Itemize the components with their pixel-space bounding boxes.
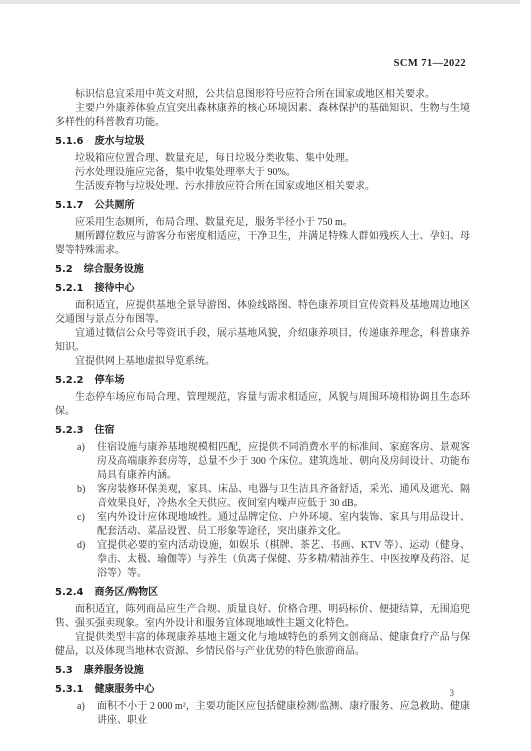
- list-marker: a): [77, 700, 85, 714]
- list-item-text: 宜提供必要的室内活动设施，如娱乐（棋牌、茶艺、书画、KTV 等）、运动（健身、拳…: [97, 540, 470, 579]
- scan-edge-artifact: [0, 0, 520, 4]
- page-number: 3: [450, 688, 455, 698]
- document-page: SCM 71—2022 标识信息宜采用中英文对照，公共信息图形符号应符合所在国家…: [0, 0, 531, 751]
- clause-number: 5.3.1: [55, 684, 83, 695]
- clause-title: 商务区/购物区: [94, 587, 158, 598]
- heading-5-2-4: 5.2.4商务区/购物区: [55, 586, 470, 600]
- paragraph: 主要户外康养体验点宜突出森林康养的核心环境因素、森林保护的基础知识、生物与生境多…: [55, 102, 470, 130]
- paragraph: 应采用生态厕所，布局合理、数量充足，服务半径小于 750 m。: [55, 216, 470, 230]
- list-marker: c): [77, 511, 85, 525]
- standard-number-header: SCM 71—2022: [394, 58, 466, 69]
- heading-5-2-1: 5.2.1接待中心: [55, 282, 470, 296]
- heading-5-1-6: 5.1.6废水与垃圾: [55, 135, 470, 149]
- clause-title: 住宿: [94, 425, 114, 436]
- paragraph: 宜通过微信公众号等资讯手段，展示基地风貌，介绍康养项目，传递康养理念，科普康养知…: [55, 327, 470, 355]
- heading-5-3: 5.3康养服务设施: [55, 664, 470, 678]
- list-marker: d): [77, 539, 85, 553]
- paragraph: 生活废弃物与垃圾处理、污水排放应符合所在国家或地区相关要求。: [55, 180, 470, 194]
- list-marker: b): [77, 483, 85, 497]
- clause-title: 综合服务设施: [84, 264, 144, 275]
- clause-number: 5.2.2: [55, 375, 83, 386]
- paragraph: 污水处理设施应完备，集中收集处理率大于 90%。: [55, 166, 470, 180]
- heading-5-2-3: 5.2.3住宿: [55, 424, 470, 438]
- document-body: 标识信息宜采用中英文对照，公共信息图形符号应符合所在国家或地区相关要求。 主要户…: [55, 88, 470, 728]
- list-marker: a): [77, 441, 85, 455]
- list-item-text: 住宿设施与康养基地规模相匹配，应提供不同消费水平的标准间、家庭客房、景观客房及高…: [97, 442, 470, 481]
- heading-5-2: 5.2综合服务设施: [55, 263, 470, 277]
- clause-title: 健康服务中心: [94, 684, 154, 695]
- paragraph: 面积适宜，应提供基地全景导游图、体验线路图、特色康养项目宣传资料及基地周边地区交…: [55, 299, 470, 327]
- list-item-c: c)室内外设计应体现地域性。通过品牌定位、户外环境、室内装饰、家具与用品设计、配…: [55, 511, 470, 539]
- list-item-text: 客房装修环保美观，家具、床品、电器与卫生洁具齐备舒适，采光、通风及遮光、隔音效果…: [97, 484, 470, 509]
- paragraph: 标识信息宜采用中英文对照，公共信息图形符号应符合所在国家或地区相关要求。: [55, 88, 470, 102]
- list-item-text: 面积不小于 2 000 m²，主要功能区应包括健康检测/监测、康疗服务、应急救助…: [97, 701, 470, 726]
- clause-number: 5.1.6: [55, 136, 83, 147]
- paragraph: 垃圾箱应位置合理、数量充足，每日垃圾分类收集、集中处理。: [55, 152, 470, 166]
- list-item-d: d)宜提供必要的室内活动设施，如娱乐（棋牌、茶艺、书画、KTV 等）、运动（健身…: [55, 539, 470, 581]
- heading-5-3-1: 5.3.1健康服务中心: [55, 683, 470, 697]
- clause-title: 停车场: [94, 375, 124, 386]
- paragraph: 生态停车场应布局合理、管理规范，容量与需求相适应，风貌与周围环境相协调且生态环保…: [55, 391, 470, 419]
- clause-number: 5.2.1: [55, 283, 83, 294]
- clause-title: 康养服务设施: [84, 665, 144, 676]
- paragraph: 宜提供网上基地虚拟导览系统。: [55, 355, 470, 369]
- paragraph: 厕所蹲位数应与游客分布密度相适应，干净卫生，并满足特殊人群如残疾人士、孕妇、母婴…: [55, 230, 470, 258]
- heading-5-2-2: 5.2.2停车场: [55, 374, 470, 388]
- paragraph: 面积适宜，陈列商品应生产合规、质量良好、价格合理、明码标价、便捷结算，无围追兜售…: [55, 603, 470, 631]
- clause-number: 5.3: [55, 665, 73, 676]
- list-item-a: a)住宿设施与康养基地规模相匹配，应提供不同消费水平的标准间、家庭客房、景观客房…: [55, 441, 470, 483]
- heading-5-1-7: 5.1.7公共厕所: [55, 199, 470, 213]
- list-item-b: b)客房装修环保美观，家具、床品、电器与卫生洁具齐备舒适，采光、通风及遮光、隔音…: [55, 483, 470, 511]
- paragraph: 宜提供类型丰富的体现康养基地主题文化与地域特色的系列文创商品、健康食疗产品与保健…: [55, 631, 470, 659]
- clause-title: 接待中心: [94, 283, 134, 294]
- clause-number: 5.2: [55, 264, 73, 275]
- clause-number: 5.2.4: [55, 587, 83, 598]
- clause-number: 5.2.3: [55, 425, 83, 436]
- clause-number: 5.1.7: [55, 200, 83, 211]
- clause-title: 废水与垃圾: [94, 136, 144, 147]
- clause-title: 公共厕所: [94, 200, 134, 211]
- list-item-a: a)面积不小于 2 000 m²，主要功能区应包括健康检测/监测、康疗服务、应急…: [55, 700, 470, 728]
- list-item-text: 室内外设计应体现地域性。通过品牌定位、户外环境、室内装饰、家具与用品设计、配套活…: [97, 512, 470, 537]
